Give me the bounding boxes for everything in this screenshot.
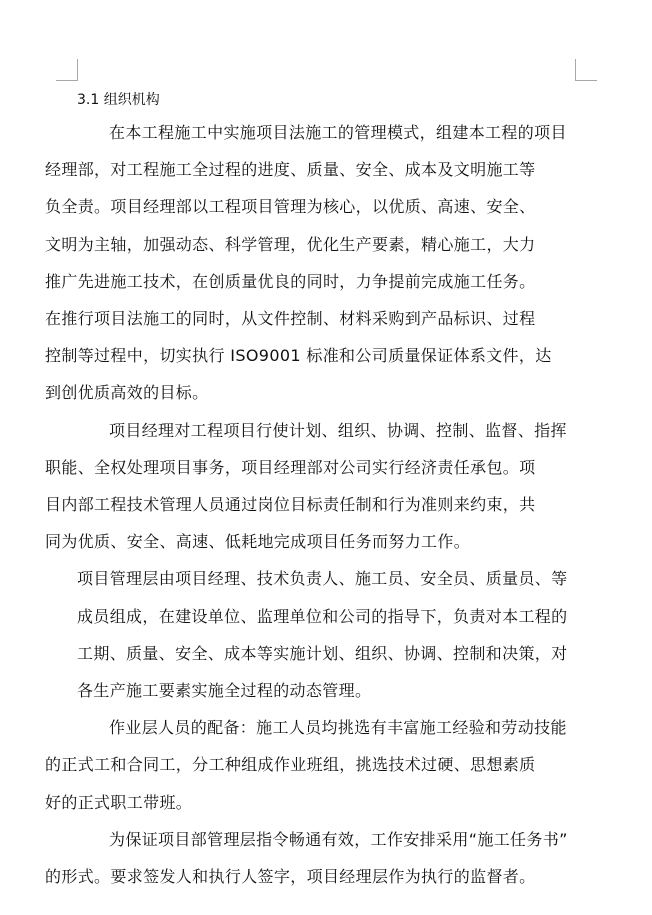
document-page: 3.1 组织机构 在本工程施工中实施项目法施工的管理模式，组建本工程的项目 经理… — [77, 86, 576, 895]
text-line: 的形式。要求签发人和执行人签字，项目经理层作为执行的监督者。 — [77, 858, 576, 895]
text-line: 控制等过程中，切实执行 ISO9001 标准和公司质量保证体系文件，达 — [77, 337, 576, 374]
text-line: 为保证项目部管理层指令畅通有效，工作安排采用“施工任务书” — [77, 821, 576, 858]
text-line: 的正式工和合同工，分工种组成作业班组，挑选技术过硬、思想素质 — [77, 746, 576, 783]
text-line: 到创优质高效的目标。 — [77, 374, 576, 411]
text-line: 成员组成，在建设单位、监理单位和公司的指导下，负责对本工程的 — [77, 598, 576, 635]
text-line: 推广先进施工技术，在创质量优良的同时，力争提前完成施工任务。 — [77, 263, 576, 300]
section-heading: 3.1 组织机构 — [77, 86, 576, 114]
paragraph-management-layer: 项目管理层由项目经理、技术负责人、施工员、安全员、质量员、等 成员组成，在建设单… — [77, 560, 576, 709]
text-line: 工期、质量、安全、成本等实施计划、组织、协调、控制和决策，对 — [77, 635, 576, 672]
text-line: 文明为主轴，加强动态、科学管理，优化生产要素，精心施工，大力 — [77, 226, 576, 263]
text-line: 目内部工程技术管理人员通过岗位目标责任制和行为准则来约束，共 — [77, 486, 576, 523]
paragraph-organization-intro: 在本工程施工中实施项目法施工的管理模式，组建本工程的项目 经理部，对工程施工全过… — [77, 114, 576, 412]
text-line: 各生产施工要素实施全过程的动态管理。 — [77, 672, 576, 709]
margin-corner-mark-top-left — [56, 59, 78, 81]
text-line: 负全责。项目经理部以工程项目管理为核心，以优质、高速、安全、 — [77, 188, 576, 225]
paragraph-project-manager-duties: 项目经理对工程项目行使计划、组织、协调、控制、监督、指挥 职能、全权处理项目事务… — [77, 412, 576, 561]
text-line: 作业层人员的配备：施工人员均挑选有丰富施工经验和劳动技能 — [77, 709, 576, 746]
paragraph-task-book: 为保证项目部管理层指令畅通有效，工作安排采用“施工任务书” 的形式。要求签发人和… — [77, 821, 576, 895]
text-line: 经理部，对工程施工全过程的进度、质量、安全、成本及文明施工等 — [77, 151, 576, 188]
paragraph-operation-layer: 作业层人员的配备：施工人员均挑选有丰富施工经验和劳动技能 的正式工和合同工，分工… — [77, 709, 576, 821]
text-line: 项目管理层由项目经理、技术负责人、施工员、安全员、质量员、等 — [77, 560, 576, 597]
text-line: 职能、全权处理项目事务，项目经理部对公司实行经济责任承包。项 — [77, 449, 576, 486]
text-line: 在本工程施工中实施项目法施工的管理模式，组建本工程的项目 — [77, 114, 576, 151]
text-line: 好的正式职工带班。 — [77, 784, 576, 821]
text-line: 项目经理对工程项目行使计划、组织、协调、控制、监督、指挥 — [77, 412, 576, 449]
text-line: 在推行项目法施工的同时，从文件控制、材料采购到产品标识、过程 — [77, 300, 576, 337]
margin-corner-mark-top-right — [575, 59, 597, 81]
text-line: 同为优质、安全、高速、低耗地完成项目任务而努力工作。 — [77, 523, 576, 560]
